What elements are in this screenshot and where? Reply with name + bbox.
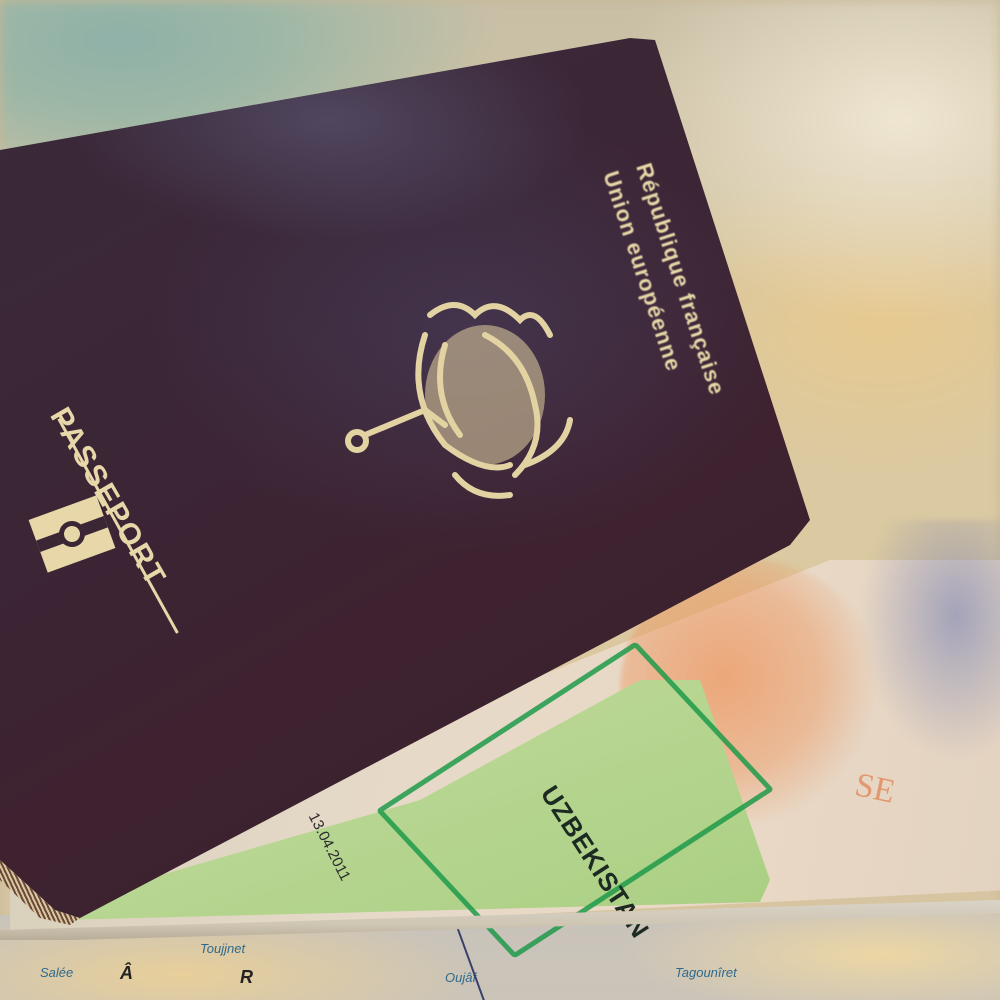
french-coat-of-arms-icon <box>335 275 585 510</box>
map-river <box>456 927 485 1000</box>
map-label: Tagounîret <box>675 965 737 980</box>
map-region-letter: Â <box>120 963 133 984</box>
map-label: Toujjnet <box>200 941 245 956</box>
blue-stamp <box>860 520 1000 760</box>
map-label: Salée <box>40 965 73 980</box>
map-label: Oujâf <box>445 970 476 985</box>
photo-scene: Salée Toujjnet Oujâf Tagounîret Â R SE U… <box>0 0 1000 1000</box>
map-region-letter: R <box>240 967 253 988</box>
stamp-fragment-text: SE <box>851 766 898 811</box>
